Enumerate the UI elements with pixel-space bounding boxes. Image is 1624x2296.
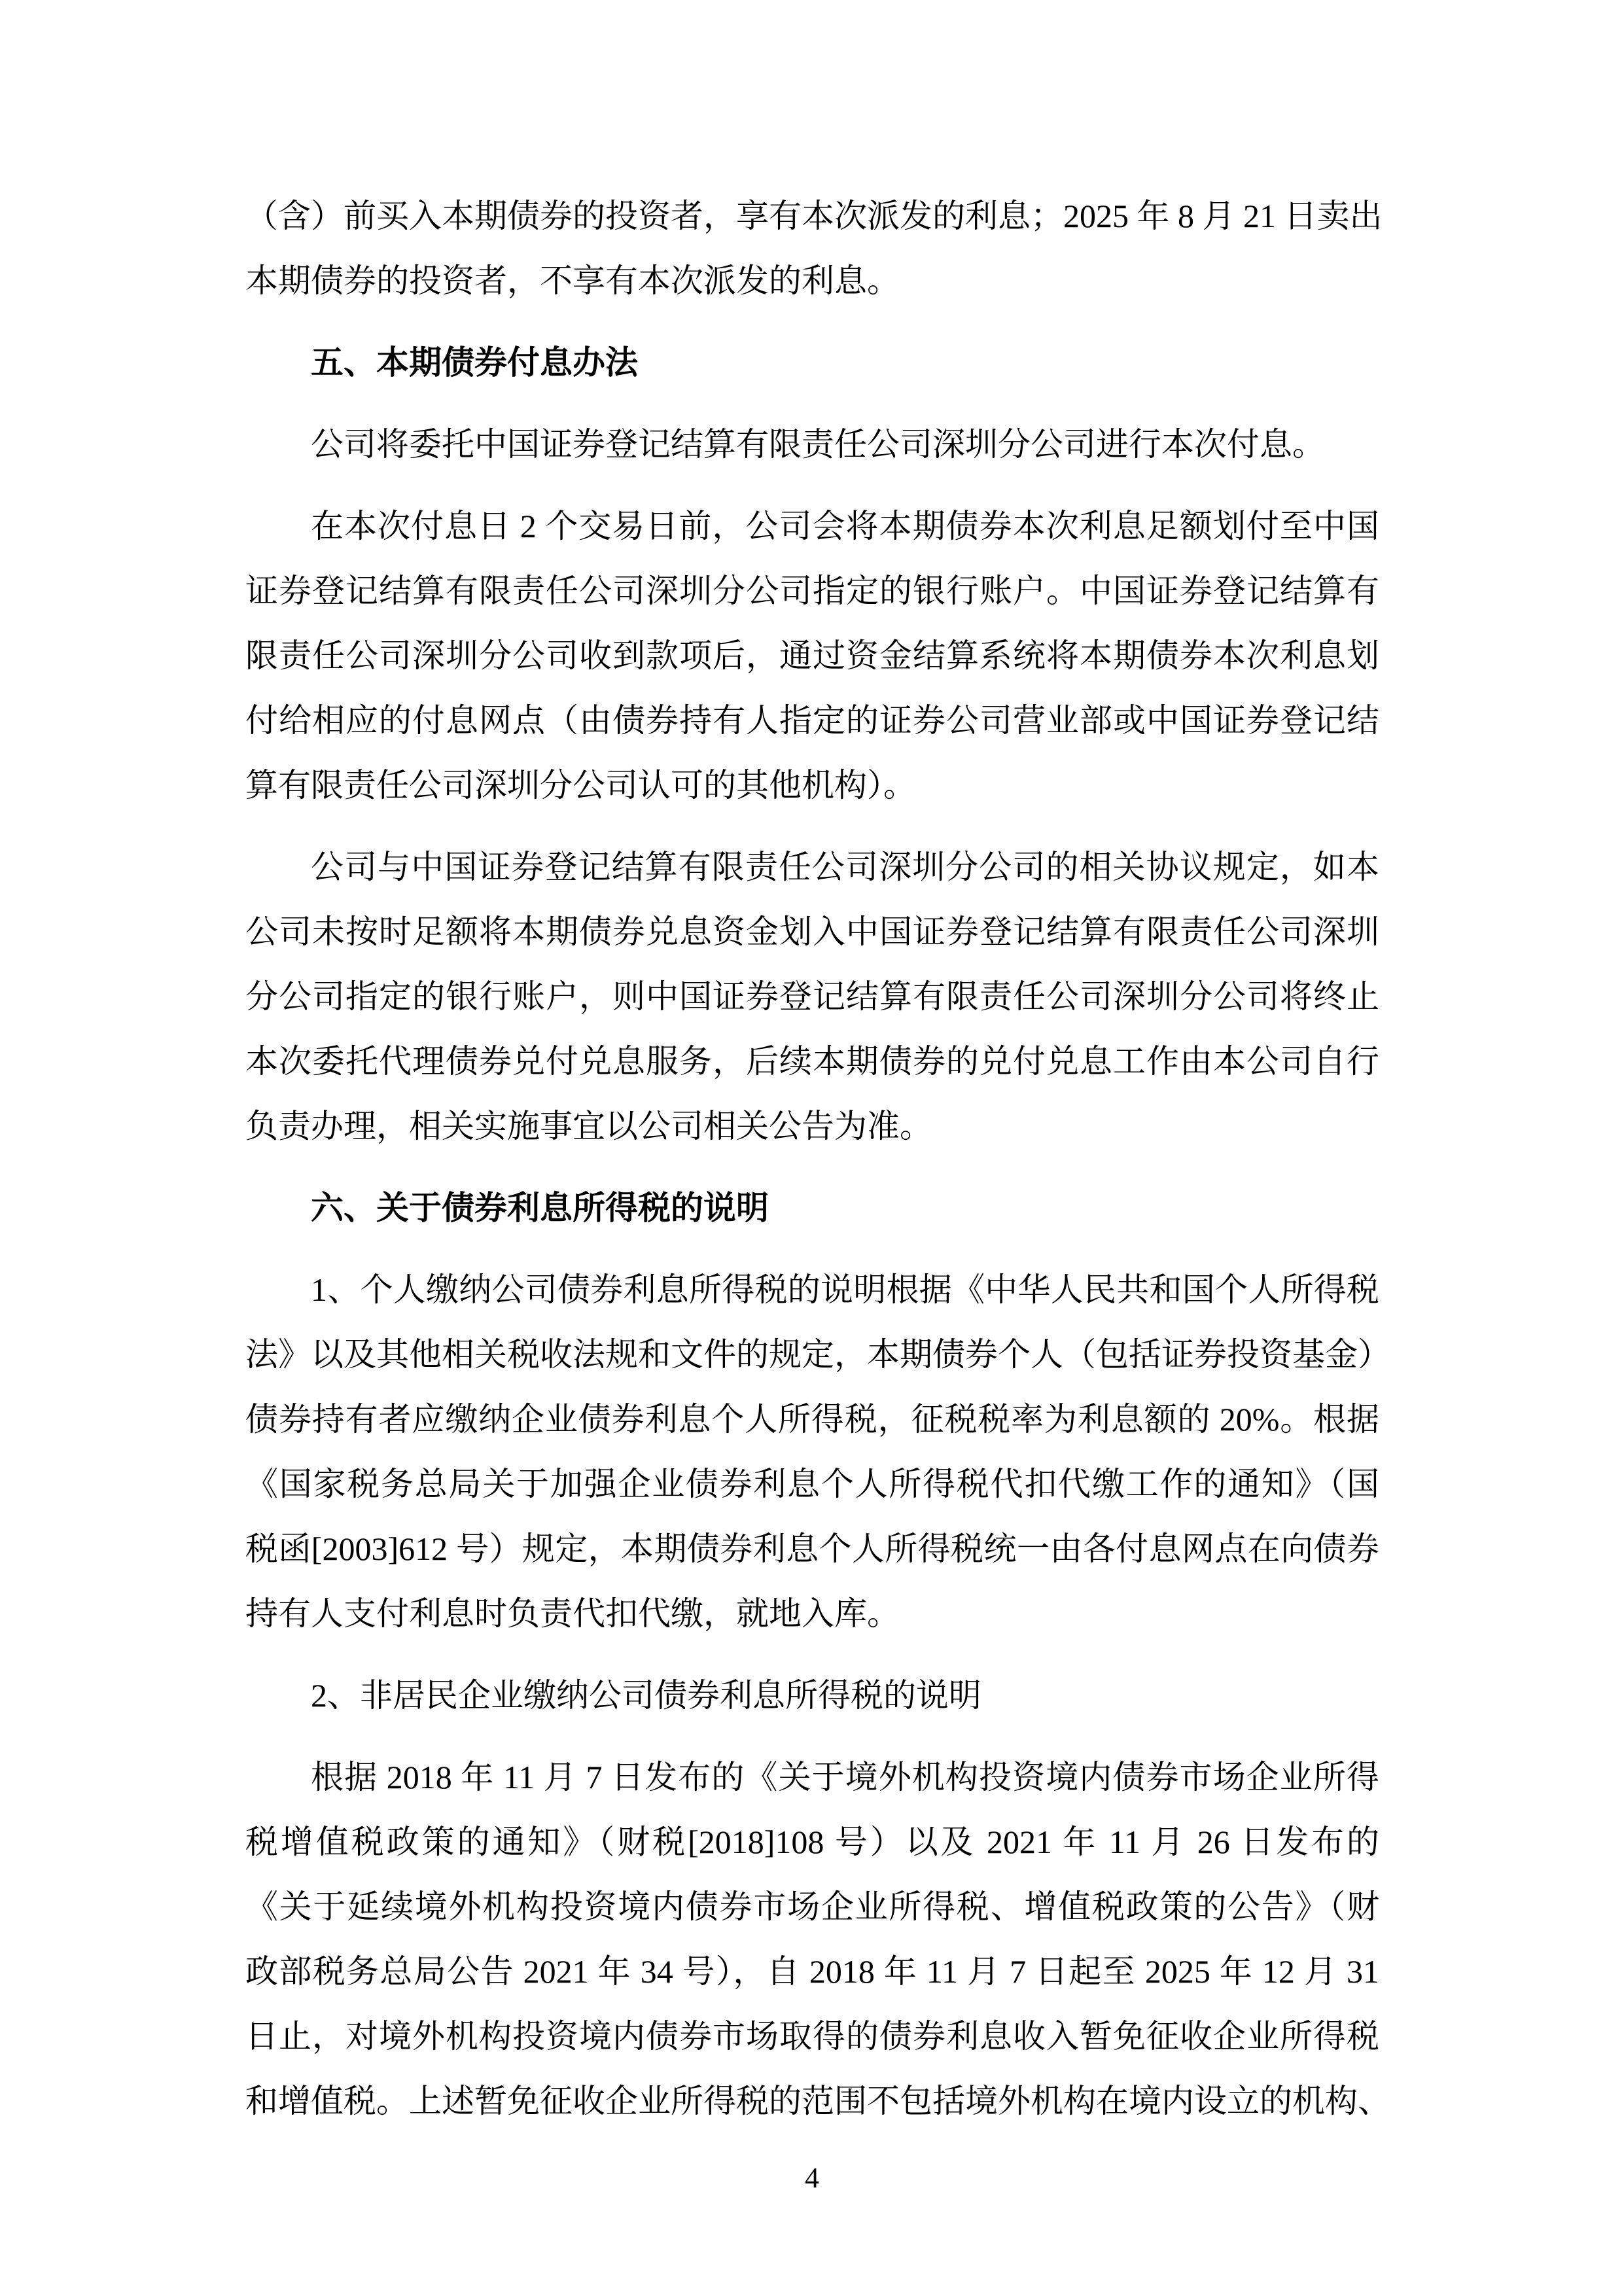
text-line: 在本次付息日 2 个交易日前，公司会将本期债券本次利息足额划付至中国 — [245, 494, 1379, 559]
paragraph: 根据 2018 年 11 月 7 日发布的《关于境外机构投资境内债券市场企业所得… — [245, 1745, 1379, 2134]
heading-text: 五、本期债券付息办法 — [245, 330, 1379, 395]
text-line: 《国家税务总局关于加强企业债券利息个人所得税代扣代缴工作的通知》（国 — [245, 1452, 1379, 1517]
paragraph: 1、个人缴纳公司债券利息所得税的说明根据《中华人民共和国个人所得税 法》以及其他… — [245, 1258, 1379, 1646]
text-line: 本期债券的投资者，不享有本次派发的利息。 — [245, 249, 1379, 313]
page-number: 4 — [805, 2162, 819, 2194]
text-line: 税函[2003]612 号）规定，本期债券利息个人所得税统一由各付息网点在向债券 — [245, 1517, 1379, 1581]
paragraph: 2、非居民企业缴纳公司债券利息所得税的说明 — [245, 1663, 1379, 1728]
text-line: 限责任公司深圳分公司收到款项后，通过资金结算系统将本期债券本次利息划 — [245, 624, 1379, 688]
text-line: 分公司指定的银行账户，则中国证券登记结算有限责任公司深圳分公司将终止 — [245, 964, 1379, 1029]
section-heading: 五、本期债券付息办法 — [245, 330, 1379, 395]
document-content: （含）前买入本期债券的投资者，享有本次派发的利息；2025 年 8 月 21 日… — [245, 184, 1379, 2134]
document-page: （含）前买入本期债券的投资者，享有本次派发的利息；2025 年 8 月 21 日… — [0, 0, 1624, 2296]
paragraph: 公司将委托中国证券登记结算有限责任公司深圳分公司进行本次付息。 — [245, 412, 1379, 477]
text-line: 负责办理，相关实施事宜以公司相关公告为准。 — [245, 1094, 1379, 1159]
text-line: 算有限责任公司深圳分公司认可的其他机构）。 — [245, 753, 1379, 818]
text-line: 公司与中国证券登记结算有限责任公司深圳分公司的相关协议规定，如本 — [245, 835, 1379, 900]
text-line: 1、个人缴纳公司债券利息所得税的说明根据《中华人民共和国个人所得税 — [245, 1258, 1379, 1322]
text-line: 税增值税政策的通知》（财税[2018]108 号）以及 2021 年 11 月 … — [245, 1810, 1379, 1875]
text-line: 日止，对境外机构投资境内债券市场取得的债券利息收入暂免征收企业所得税 — [245, 2004, 1379, 2069]
text-line: 政部税务总局公告 2021 年 34 号），自 2018 年 11 月 7 日起… — [245, 1939, 1379, 2004]
text-line: 付给相应的付息网点（由债券持有人指定的证券公司营业部或中国证券登记结 — [245, 688, 1379, 753]
footer: 4 — [0, 2161, 1624, 2195]
text-line: 根据 2018 年 11 月 7 日发布的《关于境外机构投资境内债券市场企业所得 — [245, 1745, 1379, 1810]
text-line: 法》以及其他相关税收法规和文件的规定，本期债券个人（包括证券投资基金） — [245, 1322, 1379, 1387]
text-line: 公司未按时足额将本期债券兑息资金划入中国证券登记结算有限责任公司深圳 — [245, 900, 1379, 964]
text-line: 证券登记结算有限责任公司深圳分公司指定的银行账户。中国证券登记结算有 — [245, 559, 1379, 624]
text-line: （含）前买入本期债券的投资者，享有本次派发的利息；2025 年 8 月 21 日… — [245, 184, 1379, 249]
text-line: 和增值税。上述暂免征收企业所得税的范围不包括境外机构在境内设立的机构、 — [245, 2069, 1379, 2134]
text-line: 持有人支付利息时负责代扣代缴，就地入库。 — [245, 1581, 1379, 1646]
section-heading: 六、关于债券利息所得税的说明 — [245, 1176, 1379, 1241]
paragraph: 在本次付息日 2 个交易日前，公司会将本期债券本次利息足额划付至中国 证券登记结… — [245, 494, 1379, 818]
text-line: 2、非居民企业缴纳公司债券利息所得税的说明 — [245, 1663, 1379, 1728]
text-line: 债券持有者应缴纳企业债券利息个人所得税，征税税率为利息额的 20%。根据 — [245, 1387, 1379, 1452]
text-line: 本次委托代理债券兑付兑息服务，后续本期债券的兑付兑息工作由本公司自行 — [245, 1029, 1379, 1094]
paragraph: （含）前买入本期债券的投资者，享有本次派发的利息；2025 年 8 月 21 日… — [245, 184, 1379, 313]
heading-text: 六、关于债券利息所得税的说明 — [245, 1176, 1379, 1241]
paragraph: 公司与中国证券登记结算有限责任公司深圳分公司的相关协议规定，如本 公司未按时足额… — [245, 835, 1379, 1159]
text-line: 《关于延续境外机构投资境内债券市场企业所得税、增值税政策的公告》（财 — [245, 1875, 1379, 1939]
text-line: 公司将委托中国证券登记结算有限责任公司深圳分公司进行本次付息。 — [245, 412, 1379, 477]
